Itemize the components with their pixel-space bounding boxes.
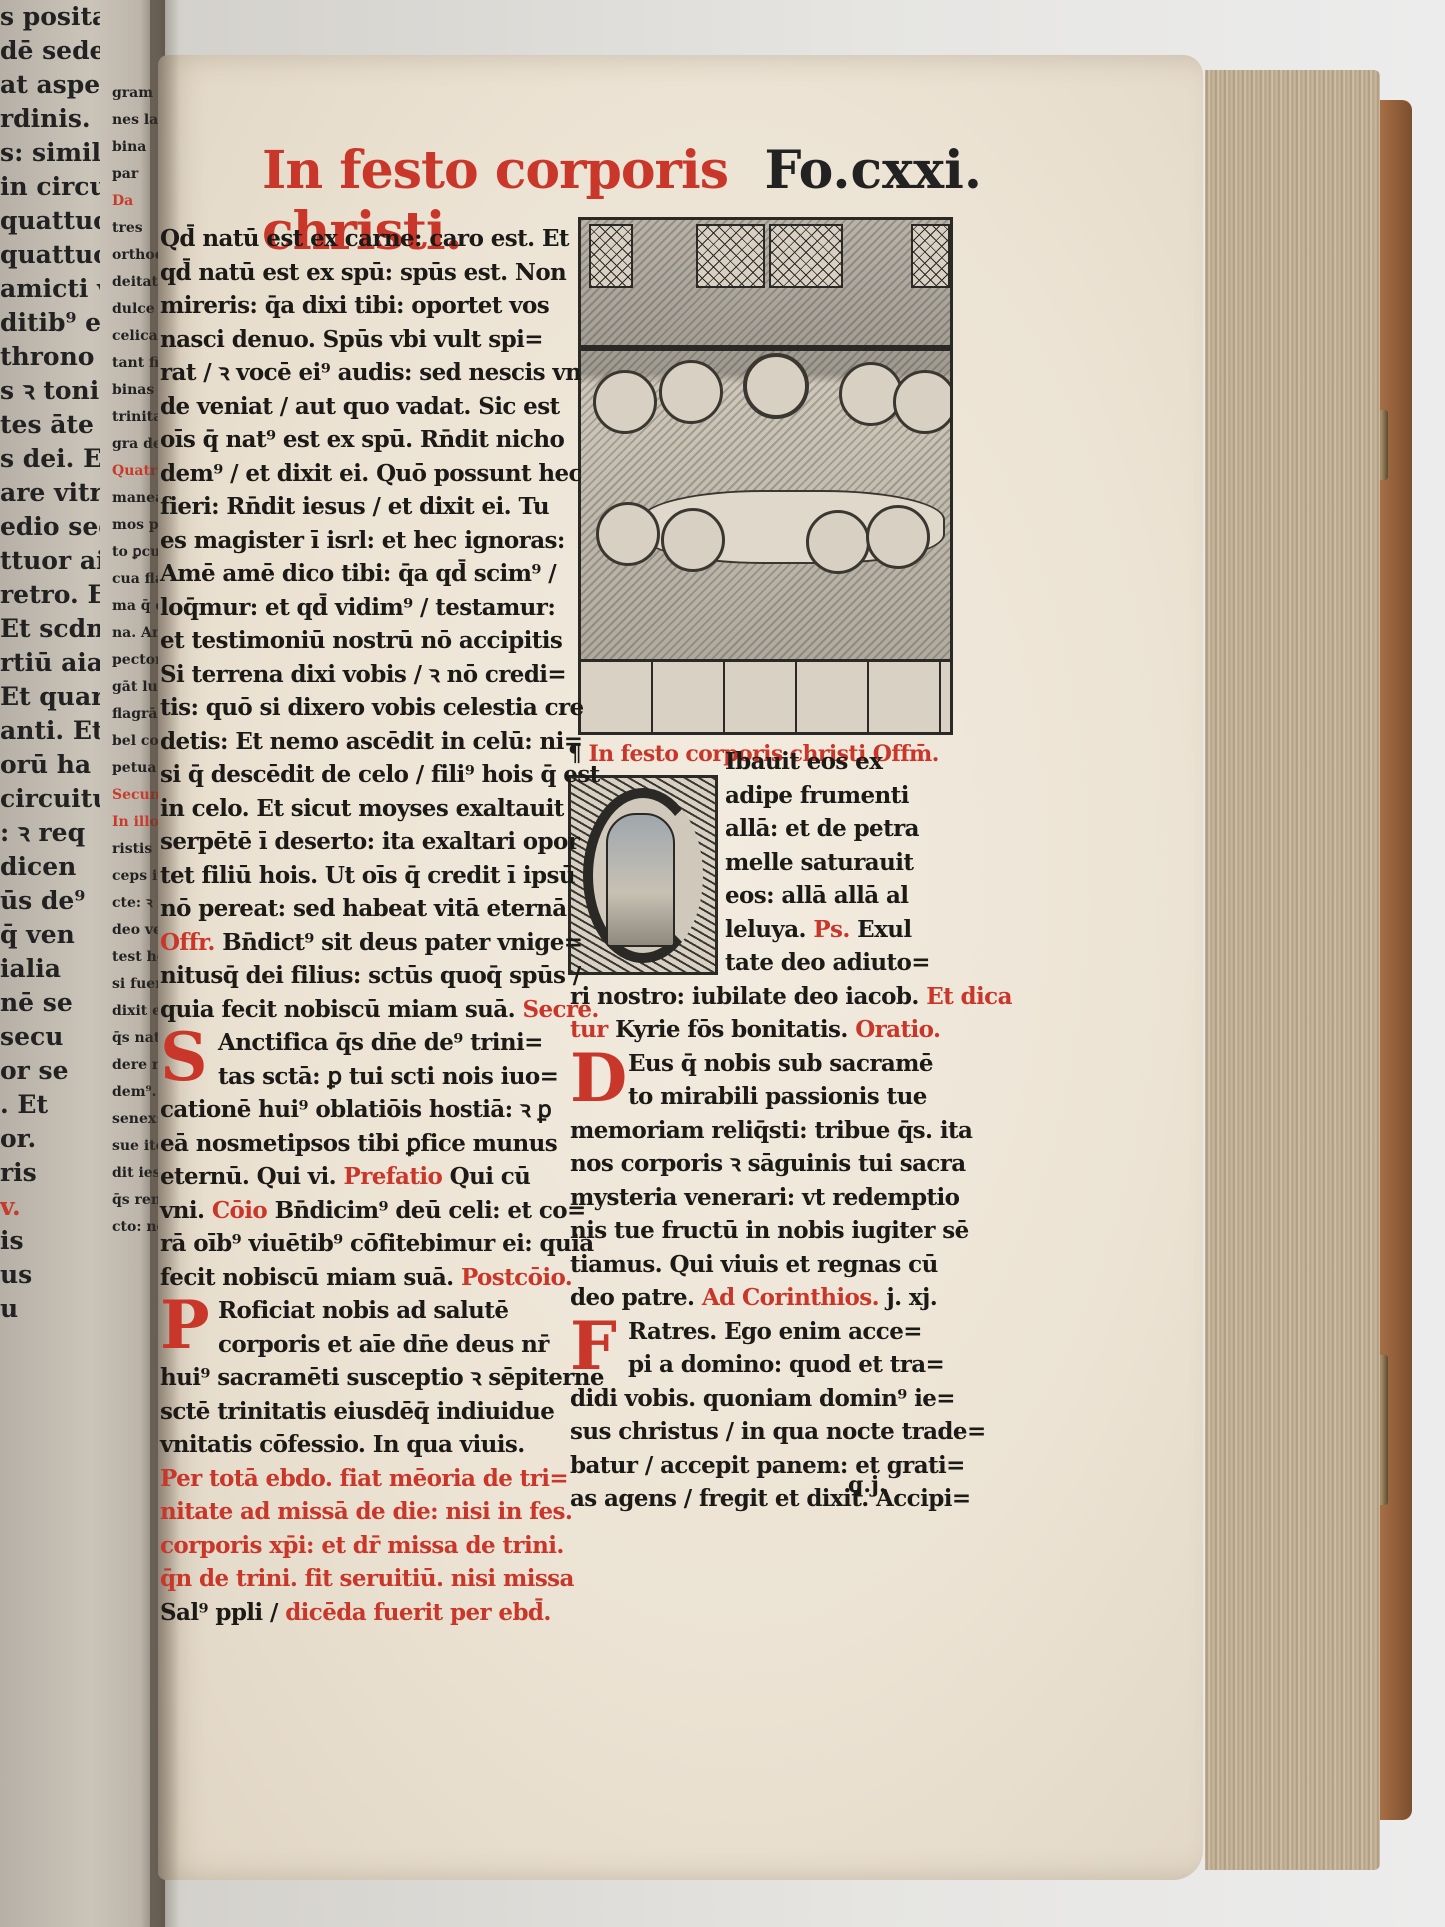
- line-text: sctē trinitatis eiusdēq̄ indiuidue: [160, 1398, 554, 1425]
- line-text: Exul: [850, 916, 912, 943]
- verso-text-line: is: [0, 1224, 100, 1258]
- woodcut-window: [769, 224, 843, 288]
- text-line: sus christus / in qua nocte trade=: [570, 1415, 965, 1449]
- rubric: Offr.: [160, 929, 215, 956]
- line-text: et testimoniū nostrū nō accipitis: [160, 627, 562, 654]
- verso-text-line: v.: [0, 1190, 100, 1224]
- verso-text-line: tes āte thro: [0, 408, 100, 442]
- apostle-halo: [596, 502, 660, 566]
- line-text: j. xj.: [879, 1284, 937, 1311]
- line-text: to mirabili passionis tue: [628, 1083, 927, 1110]
- line-text: Roficiat nobis ad salutē: [218, 1297, 508, 1324]
- text-line: batur / accepit panem: et grati=: [570, 1449, 965, 1483]
- line-text: Ibauit eos ex: [725, 748, 882, 775]
- line-text: memoriam reliq̄sti: tribue q̄s. ita: [570, 1117, 972, 1144]
- line-text: eternū. Qui vi.: [160, 1163, 344, 1190]
- rubric: tur: [570, 1016, 608, 1043]
- line-text: corporis xp̄i: et dr̄ missa de trini.: [160, 1532, 564, 1559]
- verso-text-line: throno pce: [0, 340, 100, 374]
- line-text: tiamus. Qui viuis et regnas cū: [570, 1251, 938, 1278]
- line-text: nō pereat: sed habeat vitā eternā: [160, 895, 567, 922]
- rubric: Ad Corinthios.: [702, 1284, 879, 1311]
- verso-text-line: dē sedes. Et qui: [0, 34, 100, 68]
- text-line: FRatres. Ego enim acce=: [570, 1315, 965, 1349]
- line-text: Eus q̄ nobis sub sacramē: [628, 1050, 933, 1077]
- verso-text-line: retro. Et: [0, 578, 100, 612]
- verso-text-line: ttuor aia: [0, 544, 100, 578]
- text-line: as agens / fregit et dixit. Accipi=: [570, 1482, 965, 1516]
- rubric: Ps.: [813, 916, 849, 943]
- text-line: corporis xp̄i: et dr̄ missa de trini.: [160, 1529, 535, 1563]
- text-line: nō pereat: sed habeat vitā eternā: [160, 892, 535, 926]
- left-text-column: Qd̄ natū est ex carne: caro est. Etqd̄ n…: [160, 222, 535, 1629]
- text-line: Offr. Bn̄dict⁹ sit deus pater vnige=: [160, 926, 535, 960]
- text-line: Qd̄ natū est ex carne: caro est. Et: [160, 222, 535, 256]
- verso-text-line: rdinis. Et iris: [0, 102, 100, 136]
- apostle-halo: [893, 370, 953, 434]
- verso-text-line: orū ha: [0, 748, 100, 782]
- verso-text-line: or se: [0, 1054, 100, 1088]
- text-line: Si terrena dixi vobis / ꝛ nō credi=: [160, 658, 535, 692]
- rubric: Et dica: [926, 983, 1012, 1010]
- line-text: tis: quō si dixero vobis celestia cre: [160, 694, 584, 721]
- text-line: adipe frumenti: [570, 779, 965, 813]
- line-text: nasci denuo. Spūs vbi vult spi=: [160, 326, 543, 353]
- verso-text-line: us: [0, 1258, 100, 1292]
- verso-text-line: quattuor se: [0, 238, 100, 272]
- verso-text-line: s: similis visio: [0, 136, 100, 170]
- line-text: Qd̄ natū est ex carne: caro est. Et: [160, 225, 569, 252]
- text-line: tur Kyrie fōs bonitatis. Oratio.: [570, 1013, 965, 1047]
- text-line: fieri: Rn̄dit iesus / et dixit ei. Tu: [160, 490, 535, 524]
- signature-mark: q.j.: [848, 1472, 887, 1498]
- right-text-column: Ibauit eos exadipe frumentiallā: et de p…: [570, 745, 965, 1516]
- verso-text-line: q̄ ven: [0, 918, 100, 952]
- woodcut-window: [696, 224, 765, 288]
- line-text: vnitatis cōfessio. In qua viuis.: [160, 1431, 525, 1458]
- text-line: nis tue fructū in nobis iugiter sē: [570, 1214, 965, 1248]
- verso-text-line: u: [0, 1292, 100, 1326]
- verso-text-line: or.: [0, 1122, 100, 1156]
- text-line: Ibauit eos ex: [570, 745, 965, 779]
- line-text: hui⁹ sacramēti susceptio ꝛ sēpiterne: [160, 1364, 604, 1391]
- rubric: Postcōio.: [461, 1264, 572, 1291]
- text-line: fecit nobiscū miam suā. Postcōio.: [160, 1261, 535, 1295]
- line-text: fecit nobiscū miam suā.: [160, 1264, 461, 1291]
- text-line: ri nostro: iubilate deo iacob. Et dica: [570, 980, 965, 1014]
- text-line: Amē amē dico tibi: q̄a qd̄ scim⁹ /: [160, 557, 535, 591]
- verso-text-line: edio sedis: [0, 510, 100, 544]
- rubricated-initial: D: [570, 1047, 622, 1113]
- line-text: rā oīb⁹ viuētib⁹ cōfitebimur ei: quia: [160, 1230, 594, 1257]
- line-text: Per totā ebdo. fiat mēoria de tri=: [160, 1465, 568, 1492]
- text-line: sctē trinitatis eiusdēq̄ indiuidue: [160, 1395, 535, 1429]
- line-text: Qui cū: [442, 1163, 530, 1190]
- line-text: mysteria venerari: vt redemptio: [570, 1184, 959, 1211]
- line-text: leluya.: [725, 916, 813, 943]
- text-line: dem⁹ / et dixit ei. Quō possunt hec: [160, 457, 535, 491]
- text-line: vnitatis cōfessio. In qua viuis.: [160, 1428, 535, 1462]
- line-text: q̄n de trini. fit seruitiū. nisi missa: [160, 1565, 574, 1592]
- line-text: tet filiū hois. Ut oīs q̄ credit ī ipsū: [160, 862, 575, 889]
- folio-number: Fo.cxxi.: [765, 140, 982, 201]
- line-text: didi vobis. quoniam domin⁹ ie=: [570, 1385, 955, 1412]
- verso-text-line: quattuor. Et: [0, 204, 100, 238]
- verso-text-line: in circuitu se: [0, 170, 100, 204]
- line-text: nitate ad missā de die: nisi in fes.: [160, 1498, 572, 1525]
- text-line: Per totā ebdo. fiat mēoria de tri=: [160, 1462, 535, 1496]
- verso-text-line: amicti vesti: [0, 272, 100, 306]
- line-text: ri nostro: iubilate deo iacob.: [570, 983, 926, 1010]
- text-line: deo patre. Ad Corinthios. j. xj.: [570, 1281, 965, 1315]
- line-text: Si terrena dixi vobis / ꝛ nō credi=: [160, 661, 566, 688]
- line-text: nitusq̄ dei filius: sctūs quoq̄ spūs /: [160, 962, 581, 989]
- woodcut-beam: [581, 345, 950, 351]
- line-text: oīs q̄ nat⁹ est ex spū. Rn̄dit nicho: [160, 426, 564, 453]
- line-text: corporis et aīe dn̄e deus nr̄: [218, 1331, 549, 1358]
- line-text: Kyrie fōs bonitatis.: [608, 1016, 856, 1043]
- verso-text-line: rtiū aial: [0, 646, 100, 680]
- text-line: nitusq̄ dei filius: sctūs quoq̄ spūs /: [160, 959, 535, 993]
- text-line: memoriam reliq̄sti: tribue q̄s. ita: [570, 1114, 965, 1148]
- text-line: tas sctā: ꝑ tui scti nois iuo=: [160, 1060, 535, 1094]
- apostle-halo: [866, 505, 930, 569]
- text-line: corporis et aīe dn̄e deus nr̄: [160, 1328, 535, 1362]
- rubric: dicēda fuerit per ebd̄.: [285, 1599, 551, 1626]
- verso-text-line: are vitreū: [0, 476, 100, 510]
- text-line: mireris: q̄a dixi tibi: oportet vos: [160, 289, 535, 323]
- text-line: eā nosmetipsos tibi ꝑfice munus: [160, 1127, 535, 1161]
- text-line: nos corporis ꝛ sāguinis tui sacra: [570, 1147, 965, 1181]
- rubricated-initial: F: [570, 1315, 622, 1381]
- line-text: pi a domino: quod et tra=: [628, 1351, 944, 1378]
- woodcut-tiled-floor: [581, 659, 950, 732]
- line-text: Amē amē dico tibi: q̄a qd̄ scim⁹ /: [160, 560, 556, 587]
- text-line: Sal⁹ ppli / dicēda fuerit per ebd̄.: [160, 1596, 535, 1630]
- line-text: de veniat / aut quo vadat. Sic est: [160, 393, 560, 420]
- line-text: mireris: q̄a dixi tibi: oportet vos: [160, 292, 549, 319]
- rubric: Cōio: [212, 1197, 267, 1224]
- text-line: vni. Cōio Bn̄dicim⁹ deū celi: et co=: [160, 1194, 535, 1228]
- text-line: SAnctifica q̄s dn̄e de⁹ trini=: [160, 1026, 535, 1060]
- line-text: rat / ꝛ vocē ei⁹ audis: sed nescis vn: [160, 359, 581, 386]
- line-text: loq̄mur: et qd̄ vidim⁹ / testamur:: [160, 594, 555, 621]
- text-line: allā: et de petra: [570, 812, 965, 846]
- text-line: loq̄mur: et qd̄ vidim⁹ / testamur:: [160, 591, 535, 625]
- text-line: nasci denuo. Spūs vbi vult spi=: [160, 323, 535, 357]
- woodcut-last-supper: Last Supper: [578, 217, 953, 735]
- christ-halo: [743, 353, 809, 419]
- text-line: eos: allā allā al: [570, 879, 965, 913]
- text-line: rā oīb⁹ viuētib⁹ cōfitebimur ei: quia: [160, 1227, 535, 1261]
- line-text: Anctifica q̄s dn̄e de⁹ trini=: [218, 1029, 543, 1056]
- line-text: sus christus / in qua nocte trade=: [570, 1418, 986, 1445]
- line-text: fieri: Rn̄dit iesus / et dixit ei. Tu: [160, 493, 549, 520]
- line-text: cationē hui⁹ oblatiōis hostiā: ꝛ ꝑ: [160, 1096, 551, 1123]
- text-line: detis: Et nemo ascēdit in celū: ni=: [160, 725, 535, 759]
- verso-text-line: at aspectu lapi: [0, 68, 100, 102]
- apostle-halo: [659, 360, 723, 424]
- line-text: nis tue fructū in nobis iugiter sē: [570, 1217, 969, 1244]
- line-text: serpētē ī deserto: ita exaltari opor: [160, 828, 579, 855]
- line-text: es magister ī isrl: et hec ignoras:: [160, 527, 565, 554]
- running-header: In festo corporis christi. Fo.cxxi.: [262, 140, 982, 210]
- text-line: rat / ꝛ vocē ei⁹ audis: sed nescis vn: [160, 356, 535, 390]
- verso-text-line: circuitu: [0, 782, 100, 816]
- text-line: tate deo adiuto=: [570, 946, 965, 980]
- verso-text-line: ditib⁹ eor co: [0, 306, 100, 340]
- line-text: Bn̄dict⁹ sit deus pater vnige=: [215, 929, 583, 956]
- verso-text-line: dicen: [0, 850, 100, 884]
- line-text: eā nosmetipsos tibi ꝑfice munus: [160, 1130, 557, 1157]
- apostle-halo: [661, 508, 725, 572]
- text-line: tiamus. Qui viuis et regnas cū: [570, 1248, 965, 1282]
- text-line: pi a domino: quod et tra=: [570, 1348, 965, 1382]
- rubricated-initial: S: [160, 1026, 212, 1092]
- line-text: deo patre.: [570, 1284, 702, 1311]
- text-line: PRoficiat nobis ad salutē: [160, 1294, 535, 1328]
- line-text: nos corporis ꝛ sāguinis tui sacra: [570, 1150, 966, 1177]
- text-line: in celo. Et sicut moyses exaltauit: [160, 792, 535, 826]
- verso-text-line: . Et: [0, 1088, 100, 1122]
- text-line: q̄n de trini. fit seruitiū. nisi missa: [160, 1562, 535, 1596]
- verso-text-line: : ꝛ req: [0, 816, 100, 850]
- verso-text-line: Et scdm: [0, 612, 100, 646]
- woodcut-window: [589, 224, 633, 288]
- text-line: qd̄ natū est ex spū: spūs est. Non: [160, 256, 535, 290]
- text-line: leluya. Ps. Exul: [570, 913, 965, 947]
- text-line: serpētē ī deserto: ita exaltari opor: [160, 825, 535, 859]
- verso-text-line: Et quar: [0, 680, 100, 714]
- text-line: de veniat / aut quo vadat. Sic est: [160, 390, 535, 424]
- line-text: vni.: [160, 1197, 212, 1224]
- line-text: quia fecit nobiscū miam suā.: [160, 996, 522, 1023]
- line-text: detis: Et nemo ascēdit in celū: ni=: [160, 728, 582, 755]
- verso-text-line: secu: [0, 1020, 100, 1054]
- woodcut-window: [911, 224, 950, 288]
- line-text: melle saturauit: [725, 849, 913, 876]
- verso-text-line: ūs de⁹: [0, 884, 100, 918]
- line-text: si q̄ descēdit de celo / fili⁹ hois q̄ e…: [160, 761, 600, 788]
- text-line: es magister ī isrl: et hec ignoras:: [160, 524, 535, 558]
- apostle-halo: [593, 370, 657, 434]
- verso-text-line: nē se: [0, 986, 100, 1020]
- rubric: Oratio.: [855, 1016, 940, 1043]
- text-line: didi vobis. quoniam domin⁹ ie=: [570, 1382, 965, 1416]
- apostle-halo: [806, 510, 870, 574]
- text-line: hui⁹ sacramēti susceptio ꝛ sēpiterne: [160, 1361, 535, 1395]
- text-line: eternū. Qui vi. Prefatio Qui cū: [160, 1160, 535, 1194]
- text-line: oīs q̄ nat⁹ est ex spū. Rn̄dit nicho: [160, 423, 535, 457]
- line-text: in celo. Et sicut moyses exaltauit: [160, 795, 564, 822]
- text-line: nitate ad missā de die: nisi in fes.: [160, 1495, 535, 1529]
- line-text: tas sctā: ꝑ tui scti nois iuo=: [218, 1063, 558, 1090]
- line-text: dem⁹ / et dixit ei. Quō possunt hec: [160, 460, 582, 487]
- page-fore-edge: [1205, 70, 1380, 1870]
- left-page-column-1: s posita eratdē sedes. Et quiat aspectu …: [0, 0, 100, 1326]
- rubric: Prefatio: [344, 1163, 443, 1190]
- line-text: batur / accepit panem: et grati=: [570, 1452, 965, 1479]
- verso-text-line: anti. Et: [0, 714, 100, 748]
- line-text: Sal⁹ ppli /: [160, 1599, 285, 1626]
- line-text: qd̄ natū est ex spū: spūs est. Non: [160, 259, 566, 286]
- text-line: melle saturauit: [570, 846, 965, 880]
- left-page: s posita eratdē sedes. Et quiat aspectu …: [0, 0, 165, 1927]
- text-line: quia fecit nobiscū miam suā. Secre.: [160, 993, 535, 1027]
- verso-text-line: ialia: [0, 952, 100, 986]
- line-text: Bn̄dicim⁹ deū celi: et co=: [267, 1197, 585, 1224]
- line-text: allā: et de petra: [725, 815, 919, 842]
- text-line: tis: quō si dixero vobis celestia cre: [160, 691, 535, 725]
- text-line: et testimoniū nostrū nō accipitis: [160, 624, 535, 658]
- verso-text-line: s ꝛ tonitrua: [0, 374, 100, 408]
- line-text: Ratres. Ego enim acce=: [628, 1318, 922, 1345]
- text-line: tet filiū hois. Ut oīs q̄ credit ī ipsū: [160, 859, 535, 893]
- text-line: to mirabili passionis tue: [570, 1080, 965, 1114]
- rubricated-initial: P: [160, 1294, 212, 1360]
- verso-text-line: s dei. Et in: [0, 442, 100, 476]
- verso-text-line: s posita erat: [0, 0, 100, 34]
- line-text: as agens / fregit et dixit. Accipi=: [570, 1485, 971, 1512]
- line-text: eos: allā allā al: [725, 882, 908, 909]
- verso-text-line: ris: [0, 1156, 100, 1190]
- text-line: mysteria venerari: vt redemptio: [570, 1181, 965, 1215]
- line-text: tate deo adiuto=: [725, 949, 930, 976]
- text-line: cationē hui⁹ oblatiōis hostiā: ꝛ ꝑ: [160, 1093, 535, 1127]
- line-text: adipe frumenti: [725, 782, 909, 809]
- text-line: DEus q̄ nobis sub sacramē: [570, 1047, 965, 1081]
- text-line: si q̄ descēdit de celo / fili⁹ hois q̄ e…: [160, 758, 535, 792]
